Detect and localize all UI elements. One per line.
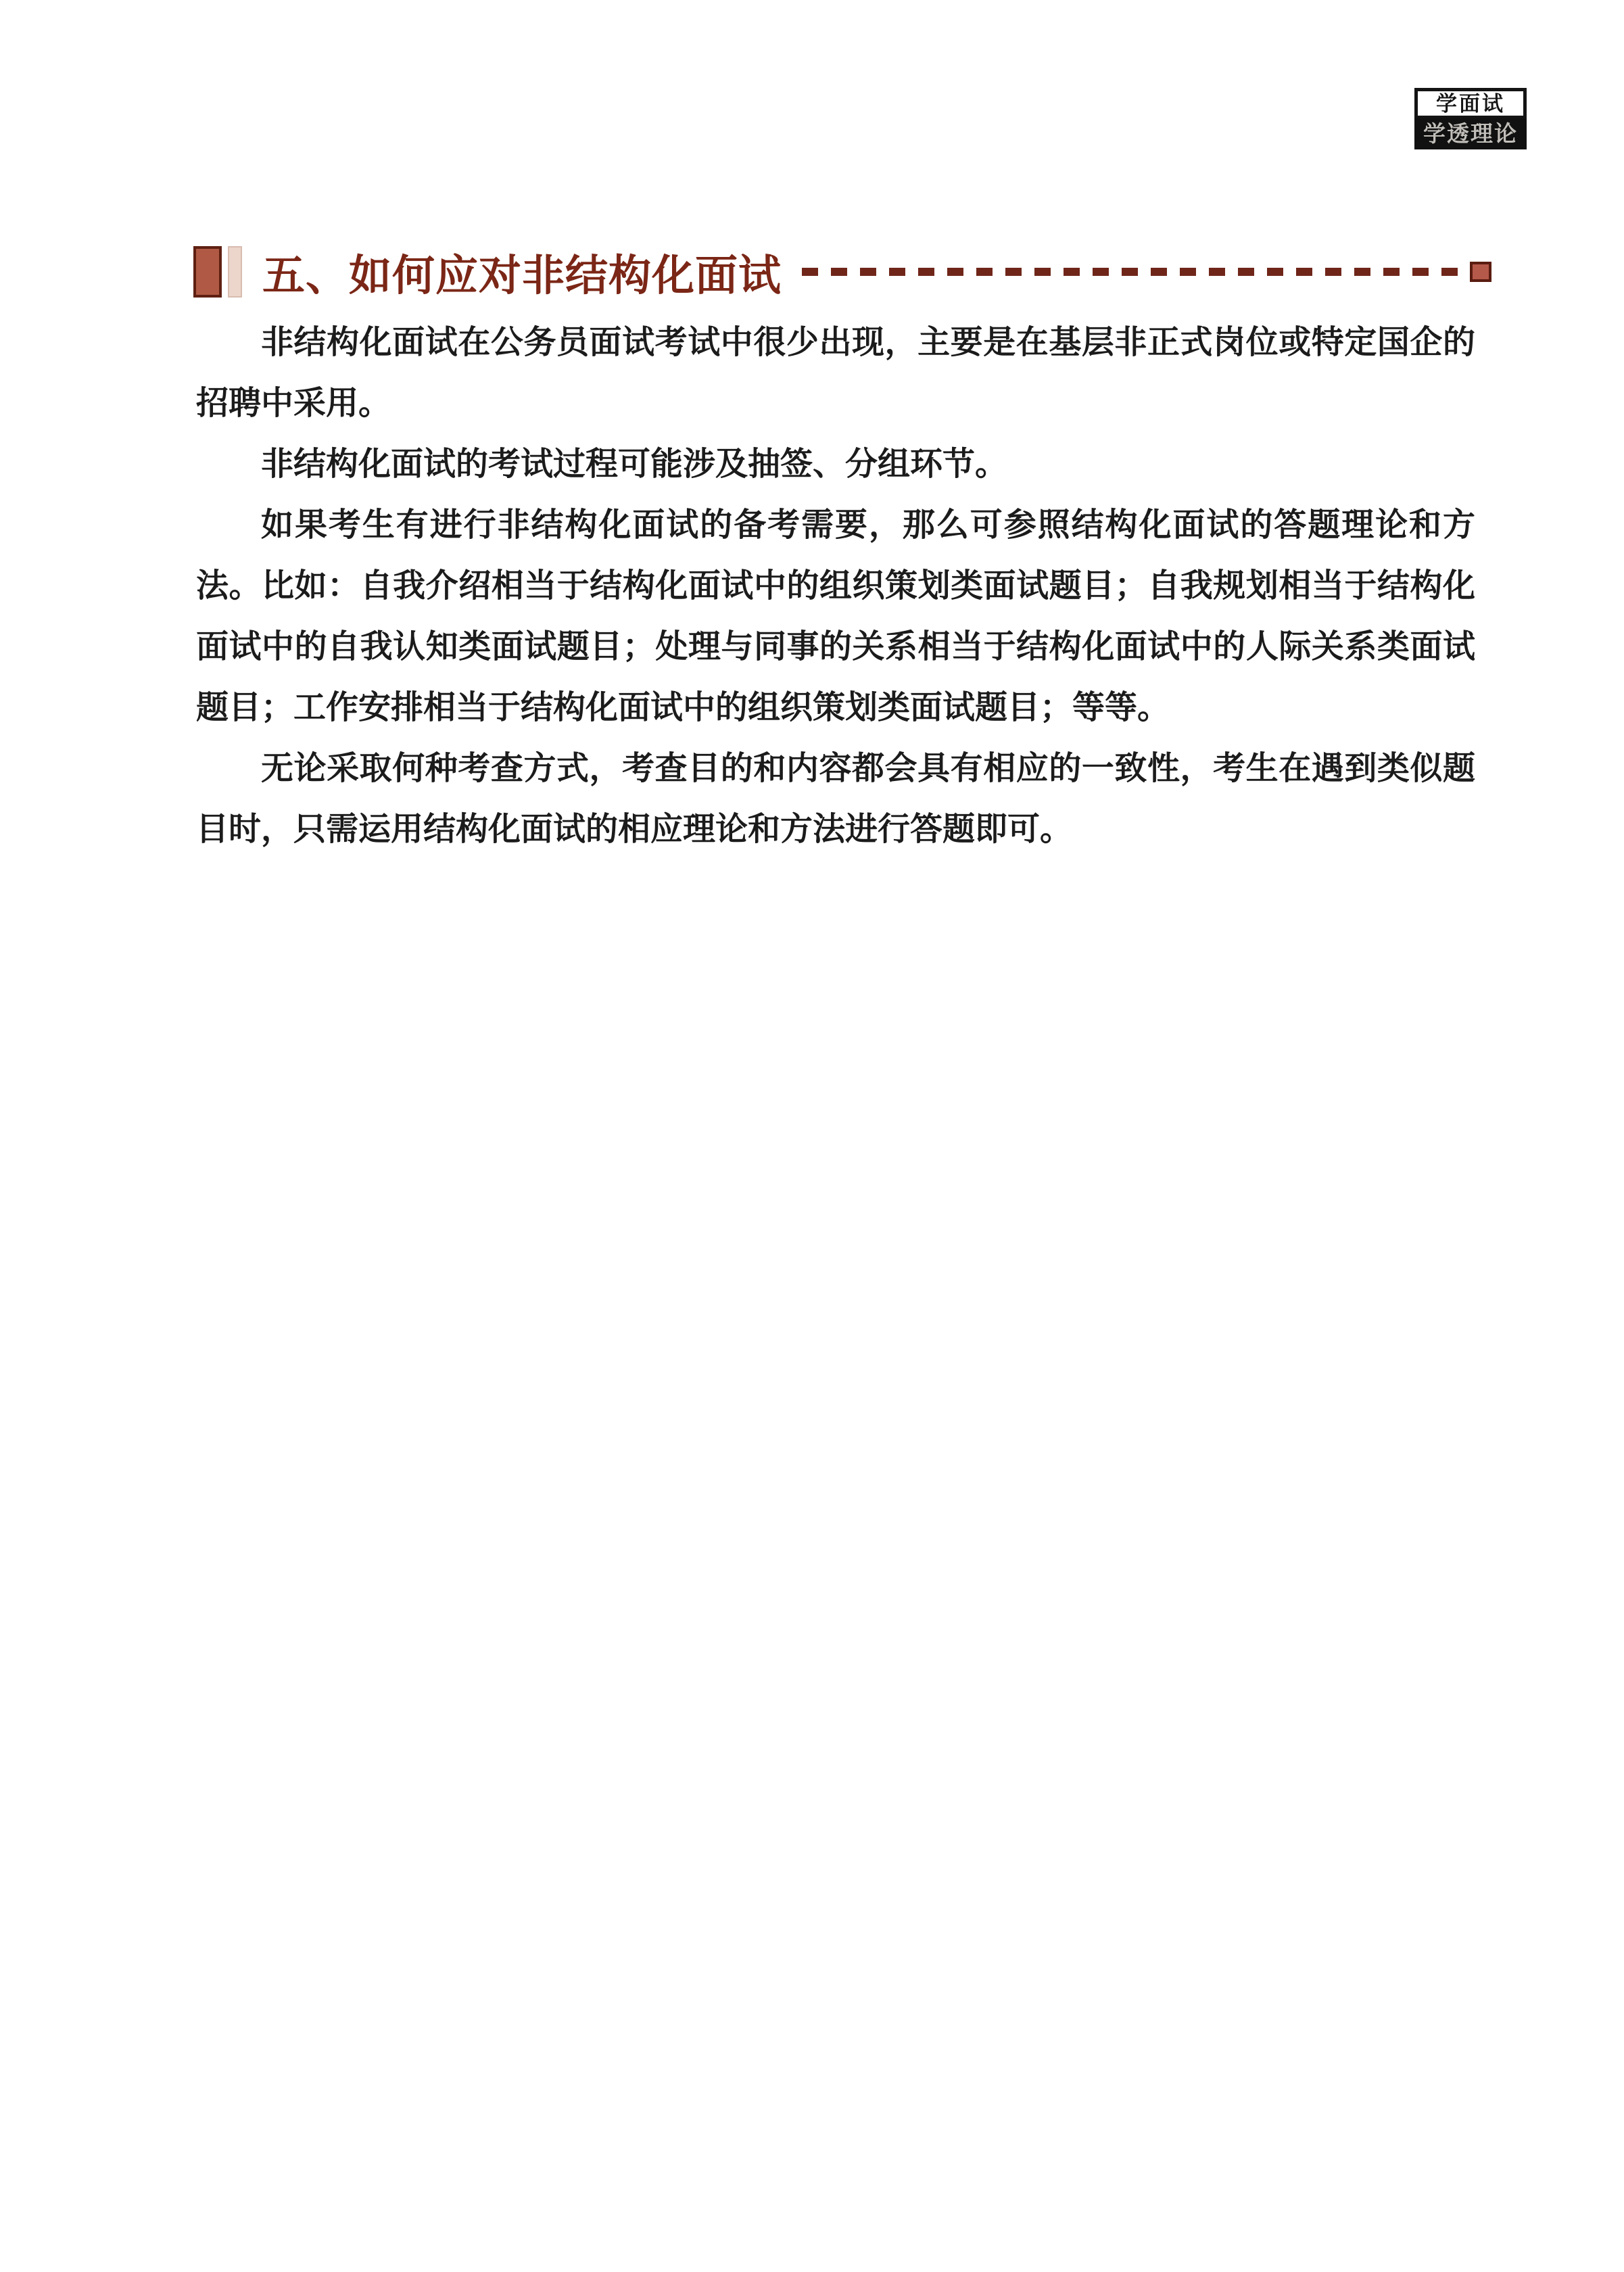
paragraph: 非结构化面试的考试过程可能涉及抽签、分组环节。 [196,434,1475,495]
paragraph: 非结构化面试在公务员面试考试中很少出现，主要是在基层非正式岗位或特定国企的招聘中… [196,312,1475,434]
marker-dark-bar [193,246,222,298]
paragraph: 如果考生有进行非结构化面试的备考需要，那么可参照结构化面试的答题理论和方法。比如… [196,495,1475,738]
book-page: 学面试 学透理论 五、如何应对非结构化面试 非结构化面试在公务员面试考试中很少出… [0,0,1624,2272]
dashed-rule [802,268,1464,276]
section-title: 五、如何应对非结构化面试 [262,241,782,303]
section-header: 五、如何应对非结构化面试 [193,243,1491,300]
paragraph: 无论采取何种考查方式，考查目的和内容都会具有相应的一致性，考生在遇到类似题目时，… [196,738,1475,860]
badge-top-label: 学面试 [1414,88,1527,119]
marker-light-bar [228,246,242,298]
dash-end-square-icon [1470,262,1491,282]
badge-bottom-label: 学透理论 [1414,118,1527,149]
corner-tab: 学面试 学透理论 [1414,88,1527,149]
body-text: 非结构化面试在公务员面试考试中很少出现，主要是在基层非正式岗位或特定国企的招聘中… [196,312,1475,860]
section-marker-icon [193,246,242,298]
